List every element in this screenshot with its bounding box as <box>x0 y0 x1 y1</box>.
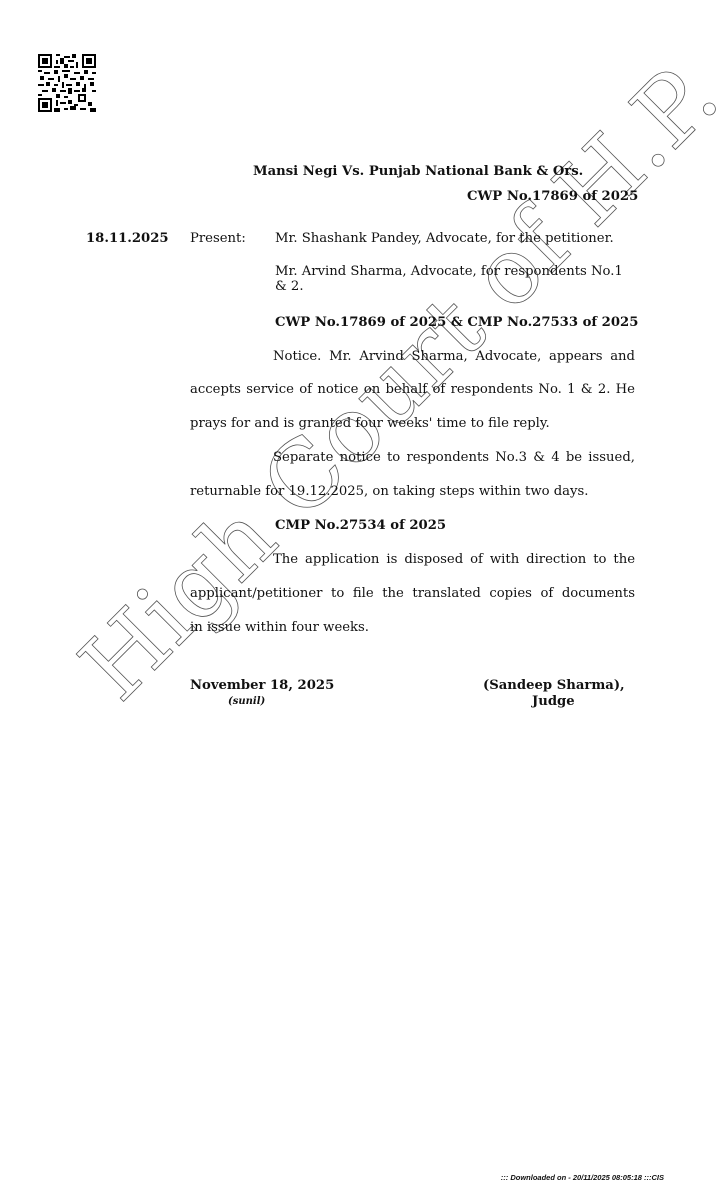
paragraph-line: Separate notice to respondents No.3 & 4 … <box>273 450 635 466</box>
paragraph-line: Notice. Mr. Arvind Sharma, Advocate, app… <box>273 349 635 365</box>
paragraph-line: prays for and is granted four weeks' tim… <box>190 416 550 432</box>
paragraph-line: in issue within four weeks. <box>190 620 369 636</box>
signature-date: November 18, 2025 <box>190 678 334 694</box>
present-line: Mr. Arvind Sharma, Advocate, for respond… <box>275 264 623 280</box>
order-date: 18.11.2025 <box>86 231 169 247</box>
present-label: Present: <box>190 231 246 247</box>
paragraph-line: accepts service of notice on behalf of r… <box>190 382 635 398</box>
paragraph-line: The application is disposed of with dire… <box>273 552 635 568</box>
judge-name: (Sandeep Sharma), <box>483 678 625 694</box>
present-line: Mr. Shashank Pandey, Advocate, for the p… <box>275 231 614 247</box>
download-stamp: ::: Downloaded on - 20/11/2025 08:05:18 … <box>501 1173 664 1182</box>
case-title: Mansi Negi Vs. Punjab National Bank & Or… <box>253 164 583 180</box>
qr-code-icon <box>38 54 96 112</box>
paragraph-line: returnable for 19.12.2025, on taking ste… <box>190 484 588 500</box>
case-number: CWP No.17869 of 2025 <box>467 189 638 205</box>
clerk-initials: (sunil) <box>228 694 265 710</box>
section-heading: CMP No.27534 of 2025 <box>275 518 446 534</box>
section-heading: CWP No.17869 of 2025 & CMP No.27533 of 2… <box>275 315 638 331</box>
judge-title: Judge <box>532 694 575 710</box>
present-line: & 2. <box>275 279 304 295</box>
paragraph-line: applicant/petitioner to file the transla… <box>190 586 635 602</box>
